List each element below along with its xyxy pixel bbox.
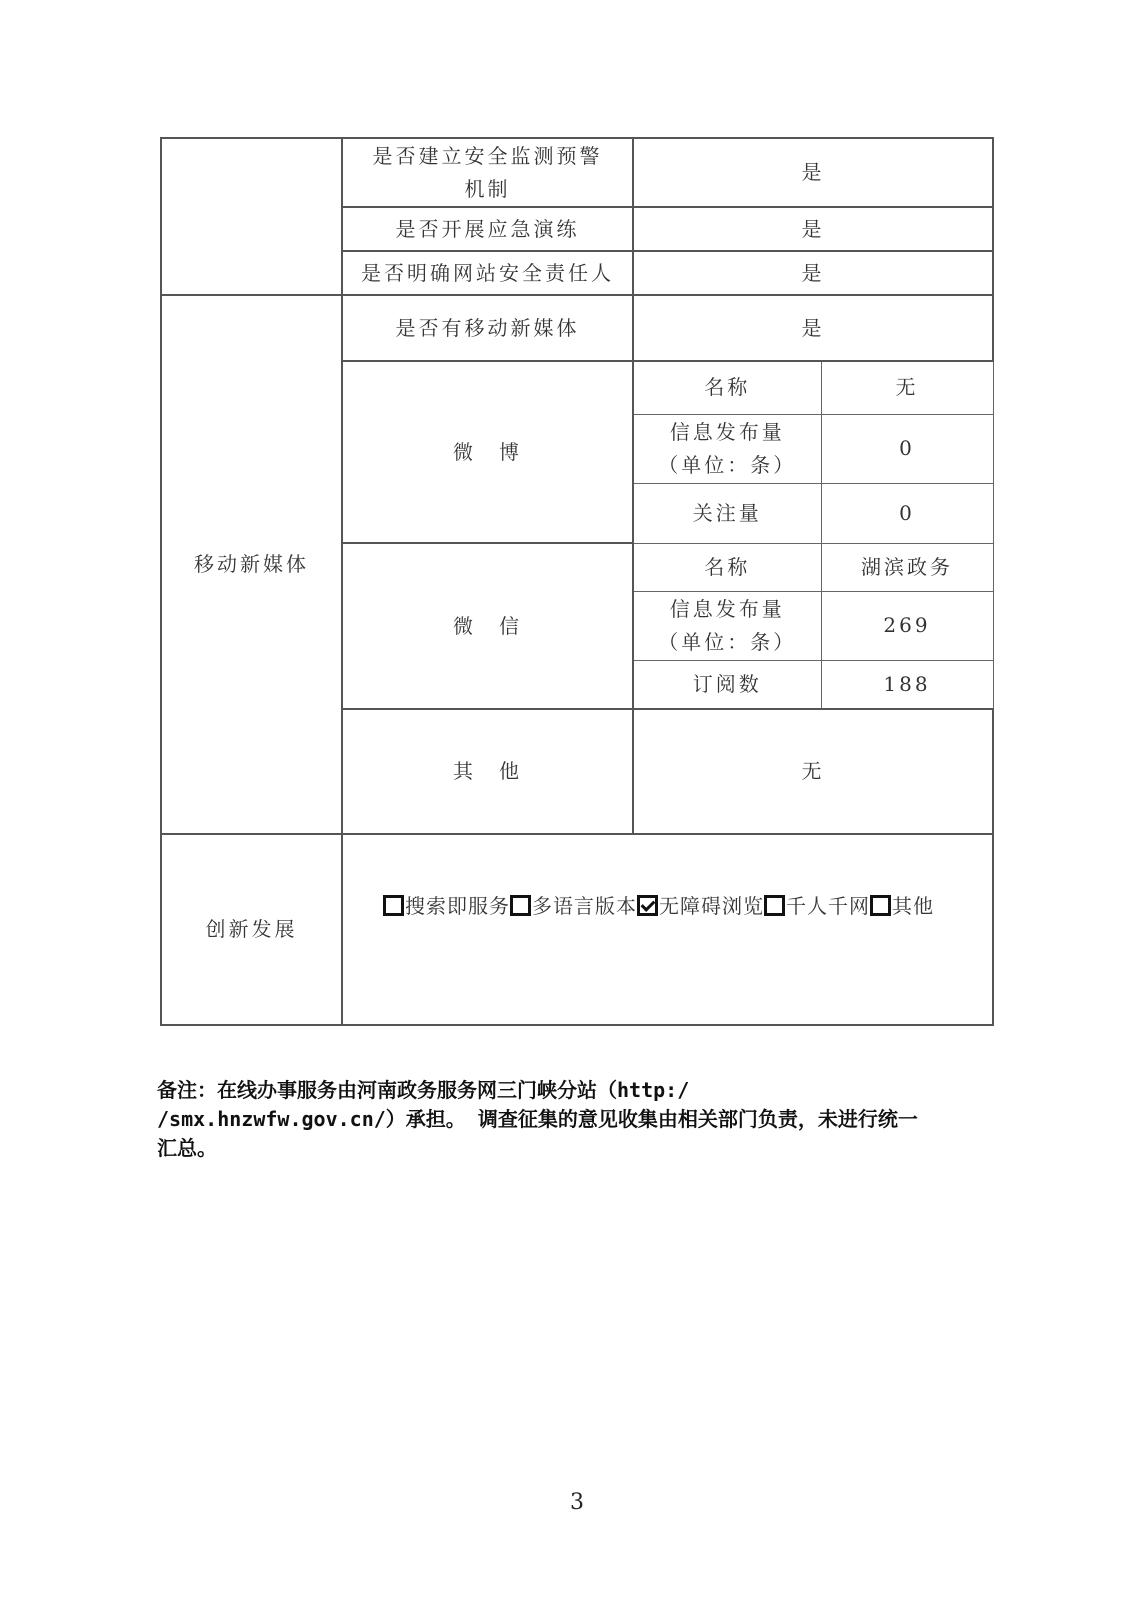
weibo-posts-value: 0 (821, 414, 993, 483)
has-mobile-media-label: 是否有移动新媒体 (342, 295, 633, 361)
security-monitoring-label: 是否建立安全监测预警 机制 (342, 138, 633, 207)
page-number: 3 (570, 1490, 584, 1515)
emergency-drill-label: 是否开展应急演练 (342, 207, 633, 251)
other-media-value: 无 (633, 709, 993, 834)
wechat-name-label: 名称 (633, 543, 821, 591)
innovation-section-label: 创新发展 (161, 834, 342, 1025)
innovation-options: 搜索即服务多语言版本无障碍浏览千人千网其他 (342, 834, 993, 1025)
emergency-drill-value: 是 (633, 207, 993, 251)
wechat-subscribers-value: 188 (821, 660, 993, 709)
remark-line-2: /smx.hnzwfw.gov.cn/）承担。 调查征集的意见收集由相关部门负责… (157, 1105, 997, 1134)
website-survey-table: 是否建立安全监测预警 机制 是 是否开展应急演练 是 是否明确网站安全责任人 是… (160, 137, 994, 1026)
wechat-posts-label: 信息发布量 （单位：条） (633, 591, 821, 660)
remark-line-3: 汇总。 (157, 1134, 997, 1163)
checkbox-unchecked-icon[interactable] (764, 895, 785, 916)
remark-line-1: 备注：在线办事服务由河南政务服务网三门峡分站（http:/ (157, 1076, 997, 1105)
option-search-as-service[interactable]: 搜索即服务 (383, 894, 510, 918)
checkbox-unchecked-icon[interactable] (870, 895, 891, 916)
option-multilingual[interactable]: 多语言版本 (510, 894, 637, 918)
security-monitoring-value: 是 (633, 138, 993, 207)
weibo-posts-label: 信息发布量 （单位：条） (633, 414, 821, 483)
checkbox-unchecked-icon[interactable] (510, 895, 531, 916)
mobile-media-section-label: 移动新媒体 (161, 295, 342, 834)
checkbox-unchecked-icon[interactable] (383, 895, 404, 916)
option-other[interactable]: 其他 (870, 894, 934, 918)
weibo-name-label: 名称 (633, 361, 821, 414)
remark-note: 备注：在线办事服务由河南政务服务网三门峡分站（http:/ /smx.hnzwf… (157, 1076, 997, 1163)
wechat-subscribers-label: 订阅数 (633, 660, 821, 709)
has-mobile-media-value: 是 (633, 295, 993, 361)
option-accessibility[interactable]: 无障碍浏览 (637, 894, 764, 918)
other-media-label: 其 他 (342, 709, 633, 834)
wechat-name-value: 湖滨政务 (821, 543, 993, 591)
weibo-followers-value: 0 (821, 483, 993, 543)
option-personalized[interactable]: 千人千网 (764, 894, 870, 918)
security-owner-label: 是否明确网站安全责任人 (342, 251, 633, 295)
security-section-label (161, 138, 342, 295)
weibo-name-value: 无 (821, 361, 993, 414)
wechat-label: 微 信 (342, 543, 633, 709)
wechat-posts-value: 269 (821, 591, 993, 660)
checkbox-checked-icon[interactable] (637, 895, 658, 916)
security-owner-value: 是 (633, 251, 993, 295)
weibo-label: 微 博 (342, 361, 633, 543)
weibo-followers-label: 关注量 (633, 483, 821, 543)
